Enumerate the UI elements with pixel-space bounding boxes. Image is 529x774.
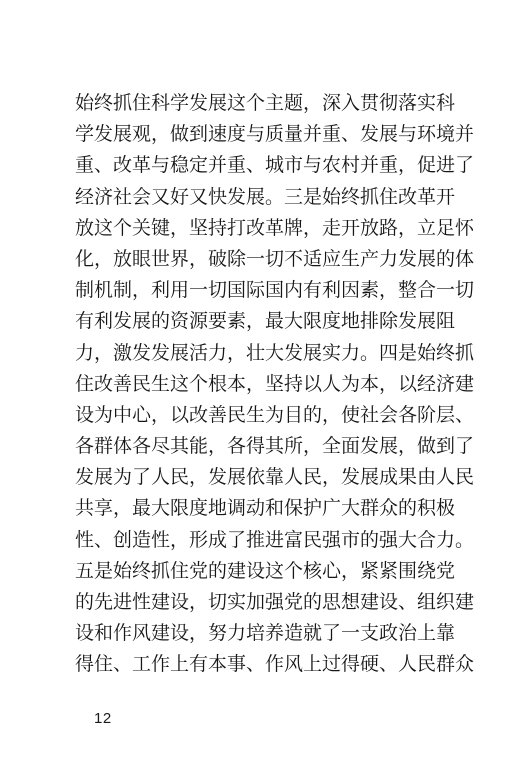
text-line: 化，放眼世界，破除一切不适应生产力发展的体 bbox=[75, 244, 461, 275]
text-line: 设为中心，以改善民生为目的，使社会各阶层、 bbox=[75, 400, 461, 431]
text-line: 学发展观，做到速度与质量并重、发展与环境并 bbox=[75, 119, 461, 150]
text-line: 得住、工作上有本事、作风上过得硬、人民群众 bbox=[75, 649, 461, 680]
text-line: 五是始终抓住党的建设这个核心，紧紧围绕党 bbox=[75, 556, 461, 587]
text-line: 重、改革与稳定并重、城市与农村并重，促进了 bbox=[75, 150, 461, 181]
text-line: 发展为了人民，发展依靠人民，发展成果由人民 bbox=[75, 462, 461, 493]
text-line: 性、创造性，形成了推进富民强市的强大合力。 bbox=[75, 525, 461, 556]
text-line: 共享，最大限度地调动和保护广大群众的积极 bbox=[75, 493, 461, 524]
text-line: 力，激发发展活力，壮大发展实力。四是始终抓 bbox=[75, 338, 461, 369]
book-page: 始终抓住科学发展这个主题，深入贯彻落实科 学发展观，做到速度与质量并重、发展与环… bbox=[0, 0, 529, 774]
text-line: 放这个关键，坚持打改革牌，走开放路，立足怀 bbox=[75, 213, 461, 244]
text-line: 制机制，利用一切国际国内有利因素，整合一切 bbox=[75, 275, 461, 306]
text-line: 始终抓住科学发展这个主题，深入贯彻落实科 bbox=[75, 88, 461, 119]
text-line: 经济社会又好又快发展。三是始终抓住改革开 bbox=[75, 182, 461, 213]
text-line: 设和作风建设，努力培养造就了一支政治上靠 bbox=[75, 618, 461, 649]
body-text-block: 始终抓住科学发展这个主题，深入贯彻落实科 学发展观，做到速度与质量并重、发展与环… bbox=[75, 88, 461, 681]
text-line: 的先进性建设，切实加强党的思想建设、组织建 bbox=[75, 587, 461, 618]
text-line: 有利发展的资源要素，最大限度地排除发展阻 bbox=[75, 306, 461, 337]
text-line: 各群体各尽其能，各得其所，全面发展，做到了 bbox=[75, 431, 461, 462]
text-line: 住改善民生这个根本，坚持以人为本，以经济建 bbox=[75, 369, 461, 400]
page-number: 12 bbox=[94, 710, 112, 727]
